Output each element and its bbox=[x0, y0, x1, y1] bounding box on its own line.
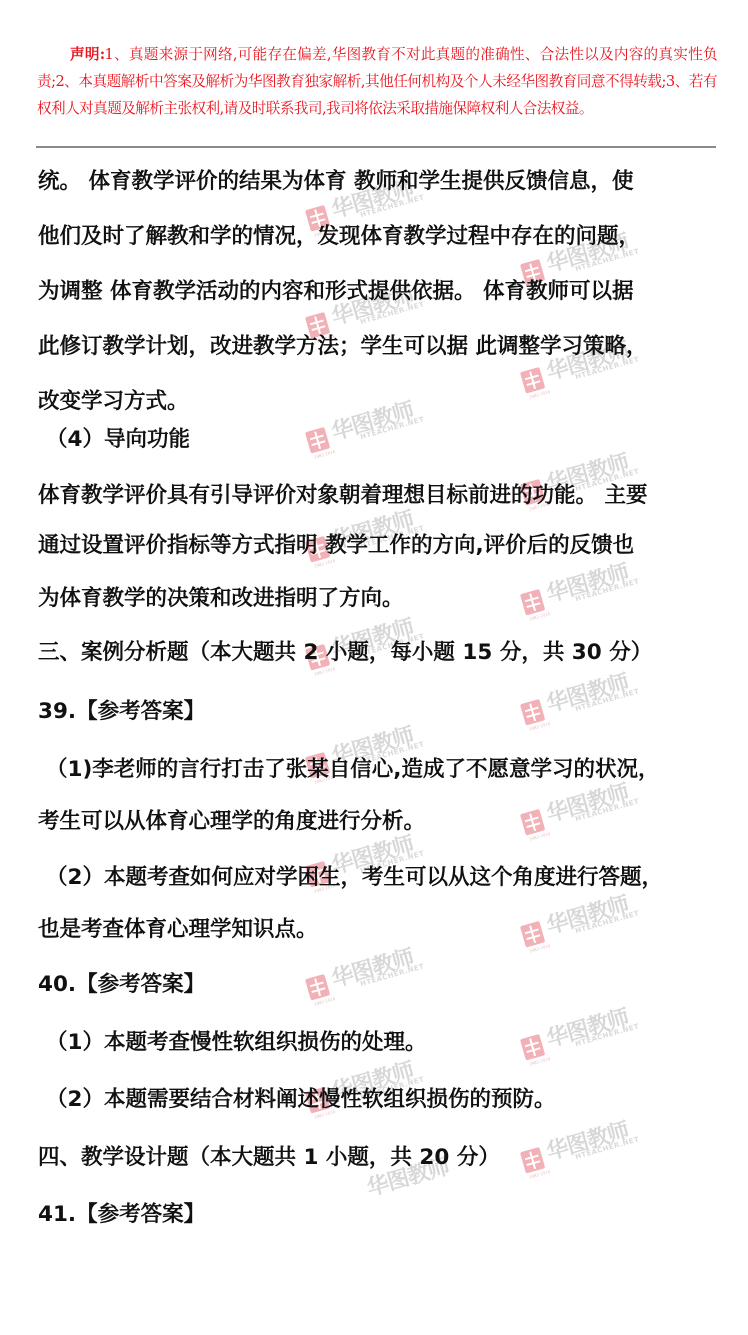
section-heading: 三、案例分析题（本大题共 2 小题，每小题 15 分，共 30 分） bbox=[38, 638, 652, 668]
watermark: 华图教师HTEACHER.NET1982-2016 bbox=[516, 985, 674, 1074]
document-page: 华图教师HTEACHER.NET1982-2016 华图教师HTEACHER.N… bbox=[0, 0, 748, 1335]
watermark-logo-icon bbox=[305, 974, 330, 1001]
disclaimer-text: 1、真题来源于网络,可能存在偏差,华图教育不对此真题的准确性、合法性以及内容的真… bbox=[37, 46, 717, 117]
paragraph-line: 体育教学评价具有引导评价对象朝着理想目标前进的功能。 主要 bbox=[38, 481, 648, 511]
paragraph-line: 为调整 体育教学活动的内容和形式提供依据。 体育教师可以据 bbox=[38, 277, 633, 307]
answer-item: （2）本题考查如何应对学困生，考生可以从这个角度进行答题， bbox=[46, 863, 663, 893]
section-heading: 四、教学设计题（本大题共 1 小题，共 20 分） bbox=[38, 1143, 500, 1173]
watermark: 华图教师HTEACHER.NET1982-2016 bbox=[301, 925, 459, 1014]
paragraph-line: 通过设置评价指标等方式指明 教学工作的方向,评价后的反馈也 bbox=[38, 531, 634, 561]
answer-item: （1）本题考查慢性软组织损伤的处理。 bbox=[46, 1028, 426, 1058]
subsection-heading: （4）导向功能 bbox=[46, 425, 190, 455]
watermark-logo-icon bbox=[520, 1034, 545, 1061]
watermark-logo-icon bbox=[305, 427, 330, 454]
watermark-logo-icon bbox=[520, 1147, 545, 1174]
answer-item-continued: 也是考查体育心理学知识点。 bbox=[38, 915, 318, 945]
paragraph-line: 为体育教学的决策和改进指明了方向。 bbox=[38, 584, 404, 614]
watermark-logo-icon bbox=[520, 589, 545, 616]
answer-item-continued: 考生可以从体育心理学的角度进行分析。 bbox=[38, 807, 425, 837]
watermark-logo-icon bbox=[520, 809, 545, 836]
watermark-logo-icon bbox=[520, 699, 545, 726]
answer-item: （1)李老师的言行打击了张某自信心,造成了不愿意学习的状况， bbox=[46, 755, 659, 785]
header-divider bbox=[36, 146, 716, 148]
disclaimer-label: 声明: bbox=[70, 46, 105, 63]
question-answer-heading: 40.【参考答案】 bbox=[38, 970, 205, 1000]
watermark: 华图教师HTEACHER.NET1982-2016 bbox=[301, 378, 459, 467]
question-answer-heading: 39.【参考答案】 bbox=[38, 697, 205, 727]
paragraph-line: 统。 体育教学评价的结果为体育 教师和学生提供反馈信息，使 bbox=[38, 167, 633, 197]
paragraph-line: 他们及时了解教和学的情况，发现体育教学过程中存在的问题， bbox=[38, 222, 640, 252]
paragraph-line: 改变学习方式。 bbox=[38, 387, 189, 417]
answer-item: （2）本题需要结合材料阐述慢性软组织损伤的预防。 bbox=[46, 1085, 555, 1115]
paragraph-line: 此修订教学计划，改进教学方法；学生可以据 此调整学习策略， bbox=[38, 332, 648, 362]
watermark-logo-icon bbox=[520, 921, 545, 948]
question-answer-heading: 41.【参考答案】 bbox=[38, 1200, 205, 1230]
disclaimer-notice: 声明:1、真题来源于网络,可能存在偏差,华图教育不对此真题的准确性、合法性以及内… bbox=[37, 41, 717, 122]
watermark-logo-icon bbox=[520, 367, 545, 394]
